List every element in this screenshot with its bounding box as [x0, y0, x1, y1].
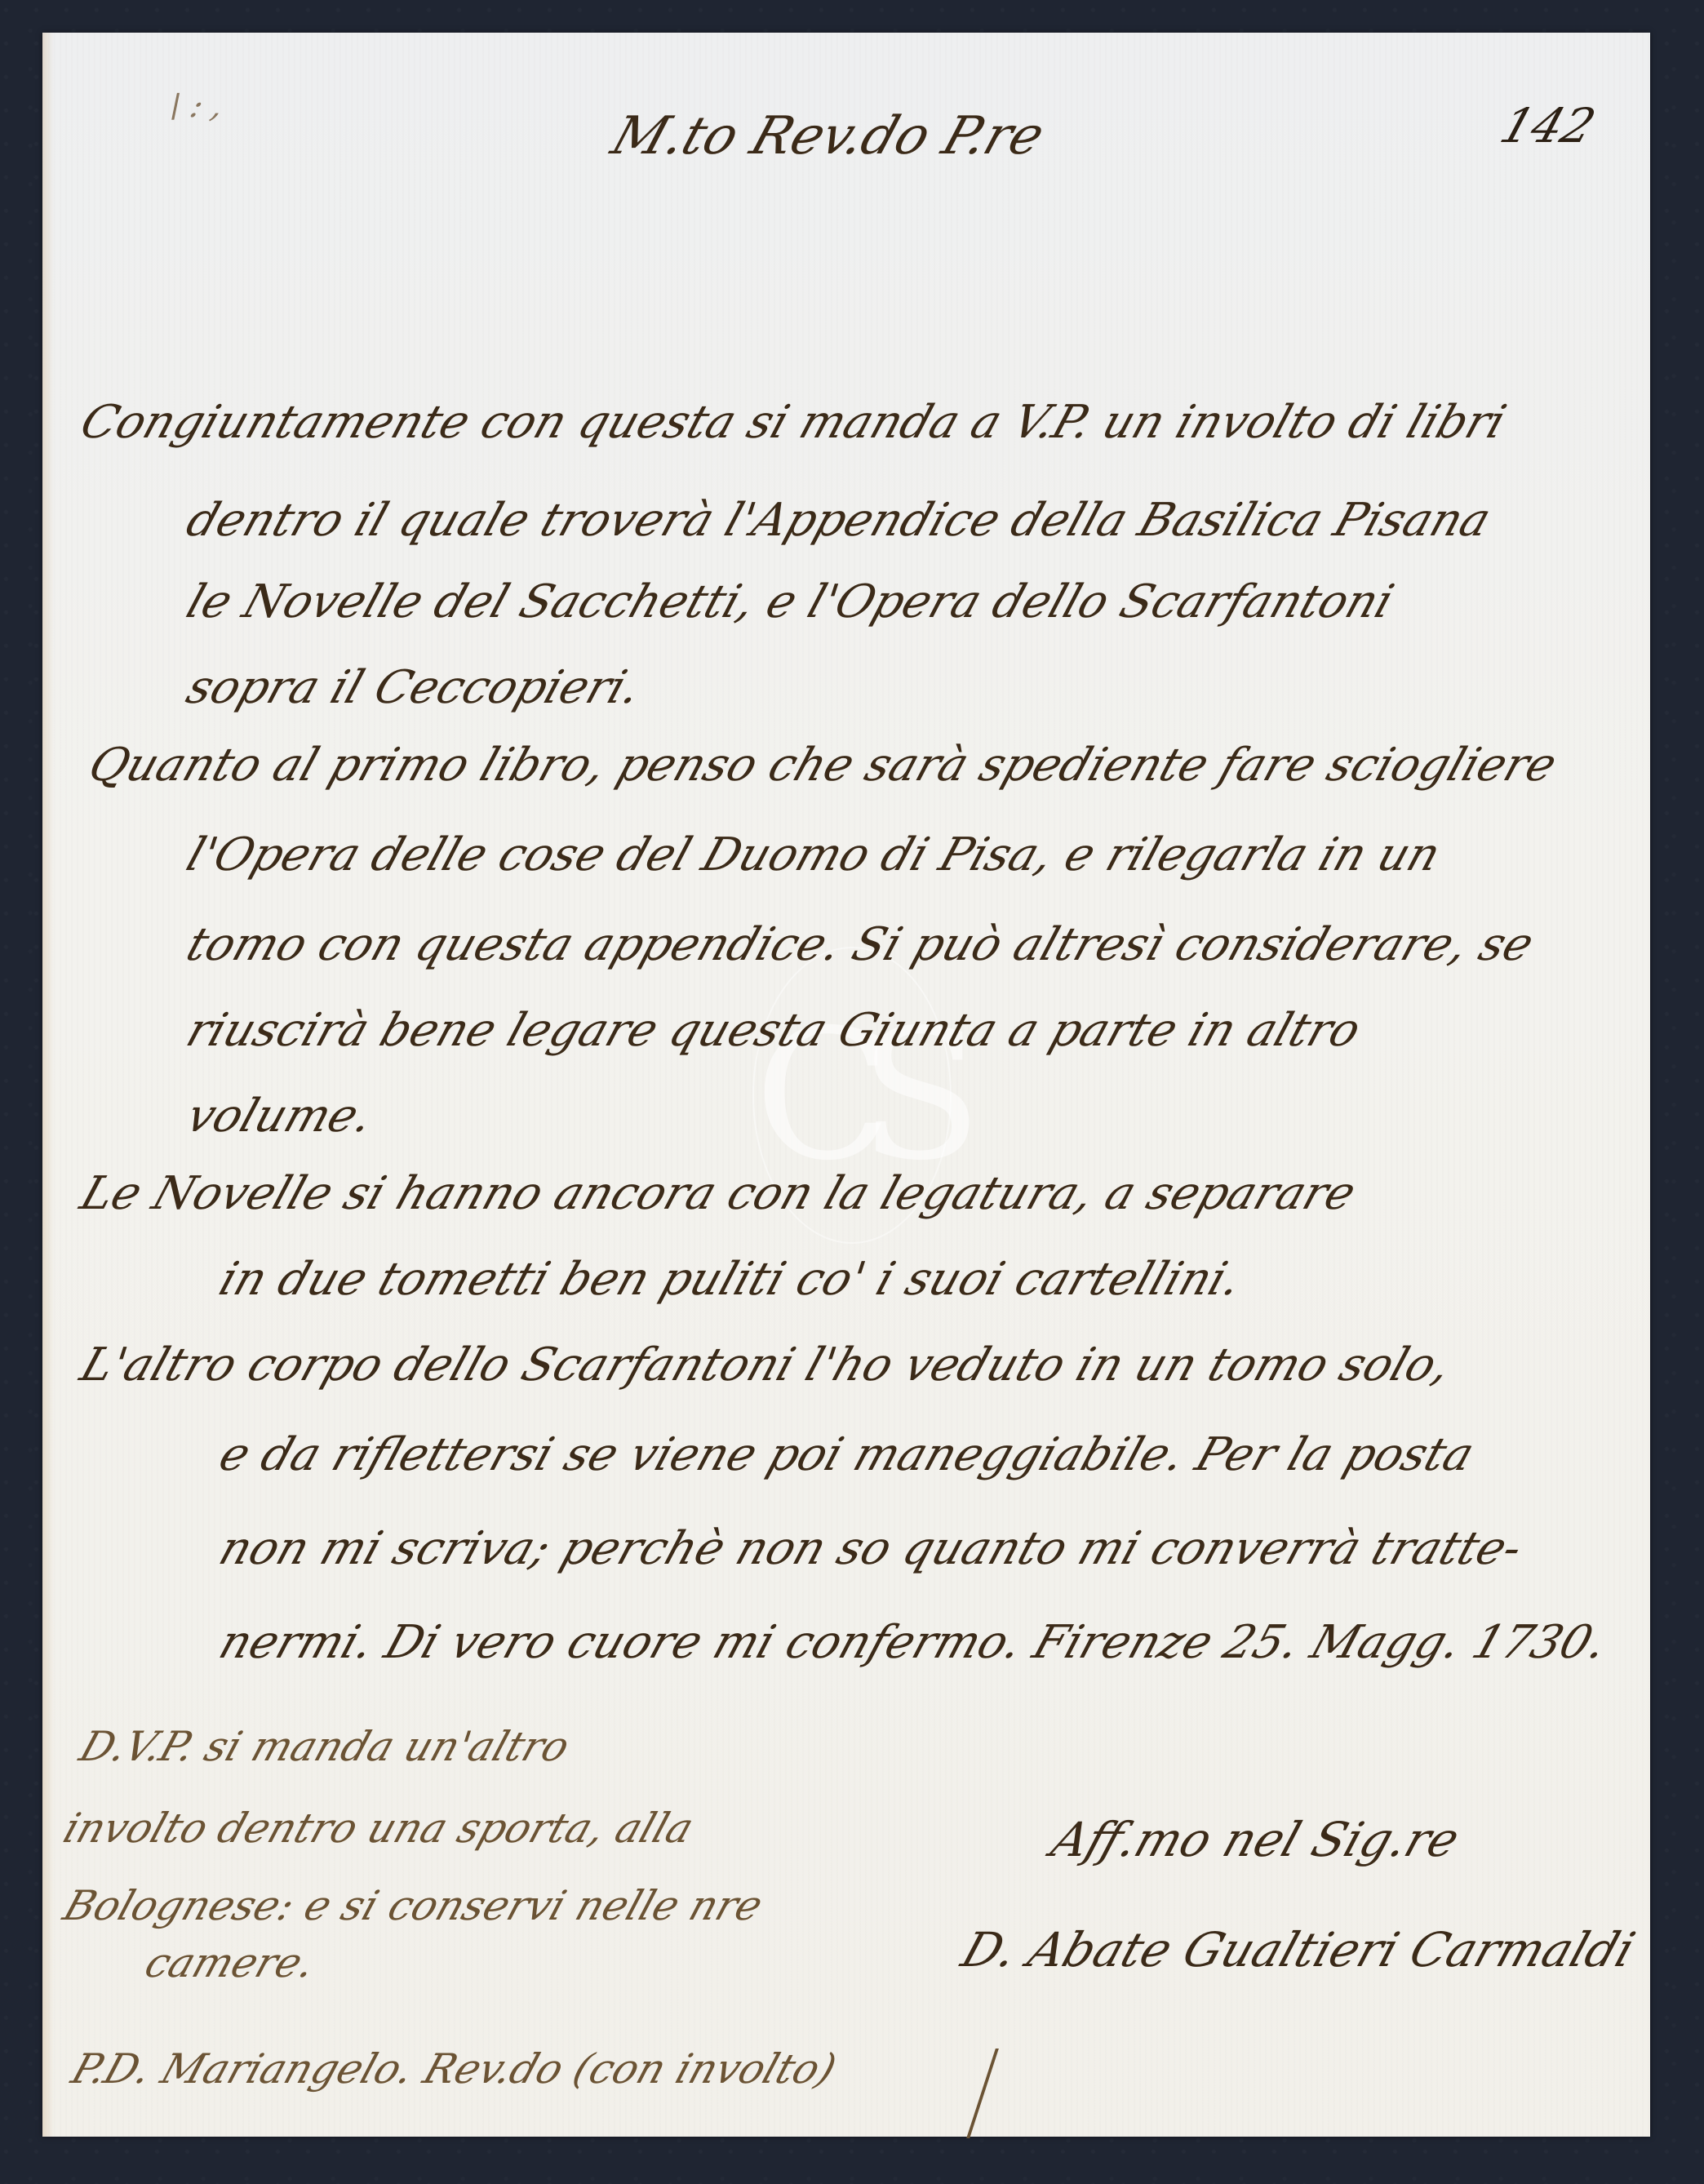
postscript-line: camere. [140, 1942, 320, 1983]
margin-marks: \ : , [165, 90, 229, 122]
body-line: non mi scriva; perchè non so quanto mi c… [214, 1526, 1528, 1572]
body-line: l'Opera delle cose del Duomo di Pisa, e … [181, 832, 1445, 878]
body-line: volume. [181, 1094, 379, 1139]
body-line: Le Novelle si hanno ancora con la legatu… [75, 1171, 1361, 1217]
postscript-line: involto dentro una sporta, alla [59, 1808, 699, 1849]
folio-number: 142 [1495, 102, 1601, 149]
body-line: Congiuntamente con questa si manda a V.P… [75, 400, 1511, 446]
signature: D. Abate Gualtieri Carmaldi [956, 1926, 1640, 1973]
body-line: tomo con questa appendice. Si può altres… [181, 922, 1539, 968]
body-line: riuscirà bene legare questa Giunta a par… [181, 1008, 1366, 1054]
letter-page: CS \ : , M.to Rev.do P.re 142 Congiuntam… [42, 33, 1650, 2137]
address-line: P.D. Mariangelo. Rev.do (con involto) [67, 2049, 841, 2089]
body-line: L'altro corpo dello Scarfantoni l'ho ved… [75, 1343, 1456, 1388]
closing-formula: Aff.mo nel Sig.re [1046, 1816, 1465, 1863]
body-line: le Novelle del Sacchetti, e l'Opera dell… [181, 579, 1399, 625]
body-line: e da riflettersi se viene poi maneggiabi… [214, 1432, 1480, 1478]
address-bracket [966, 2049, 999, 2138]
body-line: nermi. Di vero cuore mi confermo. Firenz… [214, 1620, 1613, 1666]
body-line: sopra il Ceccopieri. [181, 665, 646, 711]
salutation: M.to Rev.do P.re [606, 110, 1050, 162]
body-line: Quanto al primo libro, penso che sarà sp… [83, 743, 1562, 788]
body-line: dentro il quale troverà l'Appendice dell… [181, 498, 1496, 544]
body-line: in due tometti ben puliti co' i suoi car… [214, 1257, 1247, 1303]
postscript-line: D.V.P. si manda un'altro [75, 1726, 575, 1767]
postscript-line: Bolognese: e si conservi nelle nre [59, 1885, 768, 1926]
